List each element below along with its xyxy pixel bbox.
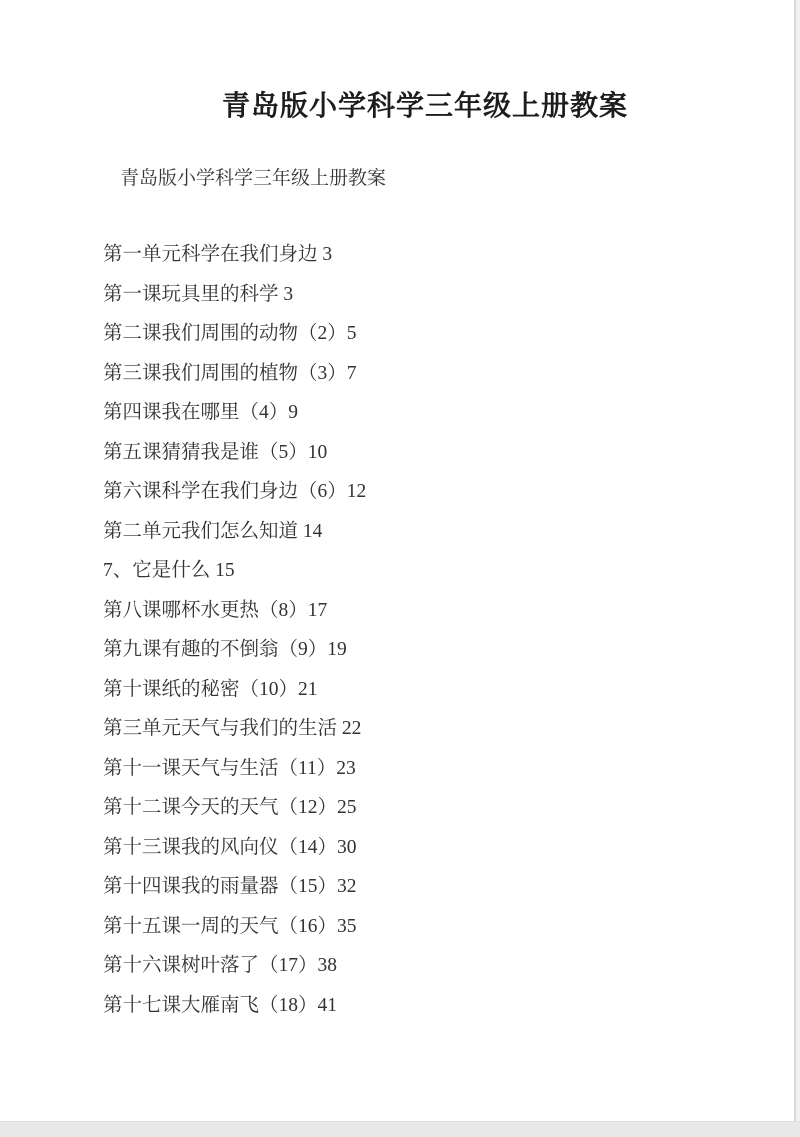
toc-entry: 第五课猜猜我是谁（5）10: [103, 443, 747, 463]
page-content: 青岛版小学科学三年级上册教案 青岛版小学科学三年级上册教案 第一单元科学在我们身…: [0, 0, 792, 1016]
toc-entry: 第二课我们周围的动物（2）5: [103, 324, 747, 344]
toc-entry: 第十五课一周的天气（16）35: [103, 917, 747, 937]
toc-entry: 7、它是什么 15: [103, 561, 747, 581]
toc-entry: 第十课纸的秘密（10）21: [103, 680, 747, 700]
document-viewer: vv99.net 青岛版小学科学三年级上册教案 青岛版小学科学三年级上册教案 第…: [0, 0, 800, 1137]
toc-entry: 第十四课我的雨量器（15）32: [103, 877, 747, 897]
subtitle-text: 青岛版小学科学三年级上册教案: [120, 169, 747, 188]
page-title: 青岛版小学科学三年级上册教案: [103, 89, 747, 123]
table-of-contents: 第一单元科学在我们身边 3 第一课玩具里的科学 3 第二课我们周围的动物（2）5…: [103, 245, 747, 1016]
toc-entry: 第十一课天气与生活（11）23: [103, 759, 747, 779]
toc-entry: 第一课玩具里的科学 3: [103, 285, 747, 305]
toc-entry: 第九课有趣的不倒翁（9）19: [103, 640, 747, 660]
document-page: 青岛版小学科学三年级上册教案 青岛版小学科学三年级上册教案 第一单元科学在我们身…: [0, 0, 792, 1121]
toc-entry: 第三课我们周围的植物（3）7: [103, 364, 747, 384]
toc-entry: 第八课哪杯水更热（8）17: [103, 601, 747, 621]
bottom-bar: [0, 1121, 800, 1137]
toc-entry: 第十七课大雁南飞（18）41: [103, 996, 747, 1016]
toc-entry: 第十六课树叶落了（17）38: [103, 956, 747, 976]
toc-entry: 第十三课我的风向仪（14）30: [103, 838, 747, 858]
toc-entry: 第四课我在哪里（4）9: [103, 403, 747, 423]
toc-entry: 第二单元我们怎么知道 14: [103, 522, 747, 542]
toc-entry: 第十二课今天的天气（12）25: [103, 798, 747, 818]
toc-entry: 第三单元天气与我们的生活 22: [103, 719, 747, 739]
page-edge-gutter: [794, 0, 800, 1121]
toc-entry: 第六课科学在我们身边（6）12: [103, 482, 747, 502]
toc-entry: 第一单元科学在我们身边 3: [103, 245, 747, 265]
